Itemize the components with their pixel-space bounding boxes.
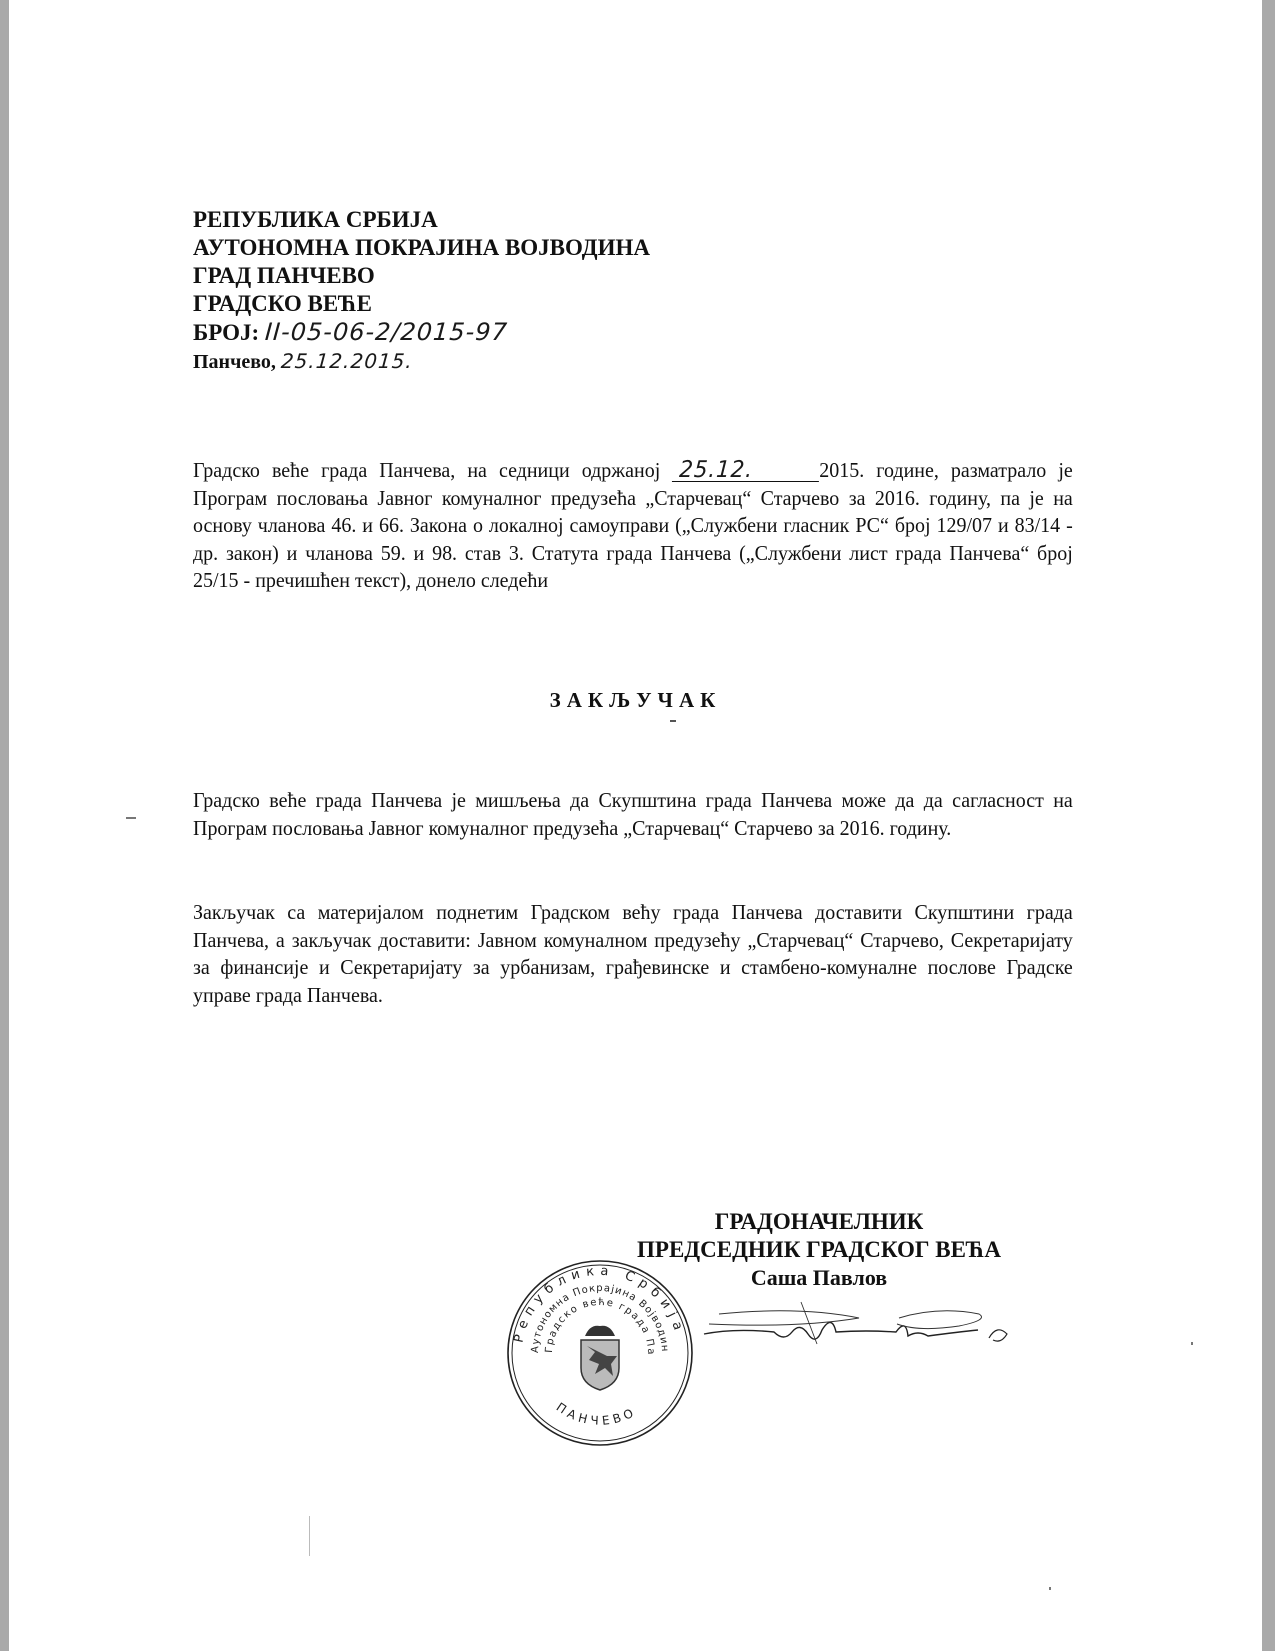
stamp-bottom-text: ПАНЧЕВО (554, 1400, 640, 1428)
coat-of-arms-icon (581, 1326, 619, 1390)
svg-text:ПАНЧЕВО: ПАНЧЕВО (554, 1400, 640, 1428)
delivery-text: Закључак са материјалом поднетим Градско… (193, 899, 1073, 1009)
number-value-handwritten: II-05-06-2/2015-97 (264, 318, 509, 346)
conclusion-text: Градско веће града Панчева је мишљења да… (193, 787, 1073, 842)
scan-speck (1191, 1342, 1193, 1345)
document-title: ЗАКЉУЧАК (9, 688, 1262, 713)
official-stamp-icon: Република Србија Аутономна Покрајина Вој… (505, 1258, 695, 1448)
handwritten-signature-icon (699, 1296, 1019, 1356)
header-place-date: Панчево, 25.12.2015. (193, 347, 650, 376)
document-header: РЕПУБЛИКА СРБИЈА АУТОНОМНА ПОКРАЈИНА ВОЈ… (193, 206, 650, 376)
intro-paragraph: Градско веће града Панчева, на седници о… (193, 457, 1073, 595)
header-number: БРОЈ: II-05-06-2/2015-97 (193, 318, 650, 347)
signatory-title-mayor: ГРАДОНАЧЕЛНИК (609, 1208, 1029, 1236)
scan-speck (126, 817, 136, 819)
conclusion-paragraph: Градско веће града Панчева је мишљења да… (193, 787, 1073, 842)
intro-before-date: Градско веће града Панчева, на седници о… (193, 458, 660, 482)
header-province: АУТОНОМНА ПОКРАЈИНА ВОЈВОДИНА (193, 234, 650, 262)
header-council: ГРАДСКО ВЕЋЕ (193, 290, 650, 318)
place-date-handwritten: 25.12.2015. (280, 347, 414, 375)
scan-speck (1049, 1587, 1051, 1590)
header-city: ГРАД ПАНЧЕВО (193, 262, 650, 290)
scan-speck (309, 1516, 310, 1556)
document-page: РЕПУБЛИКА СРБИЈА АУТОНОМНА ПОКРАЈИНА ВОЈ… (9, 0, 1262, 1651)
scan-mark (670, 720, 676, 722)
place-label: Панчево, (193, 351, 276, 373)
header-republic: РЕПУБЛИКА СРБИЈА (193, 206, 650, 234)
session-date-field: 25.12. (672, 459, 819, 482)
number-label: БРОЈ: (193, 320, 259, 345)
session-date-handwritten: 25.12. (679, 459, 754, 481)
delivery-paragraph: Закључак са материјалом поднетим Градско… (193, 899, 1073, 1009)
